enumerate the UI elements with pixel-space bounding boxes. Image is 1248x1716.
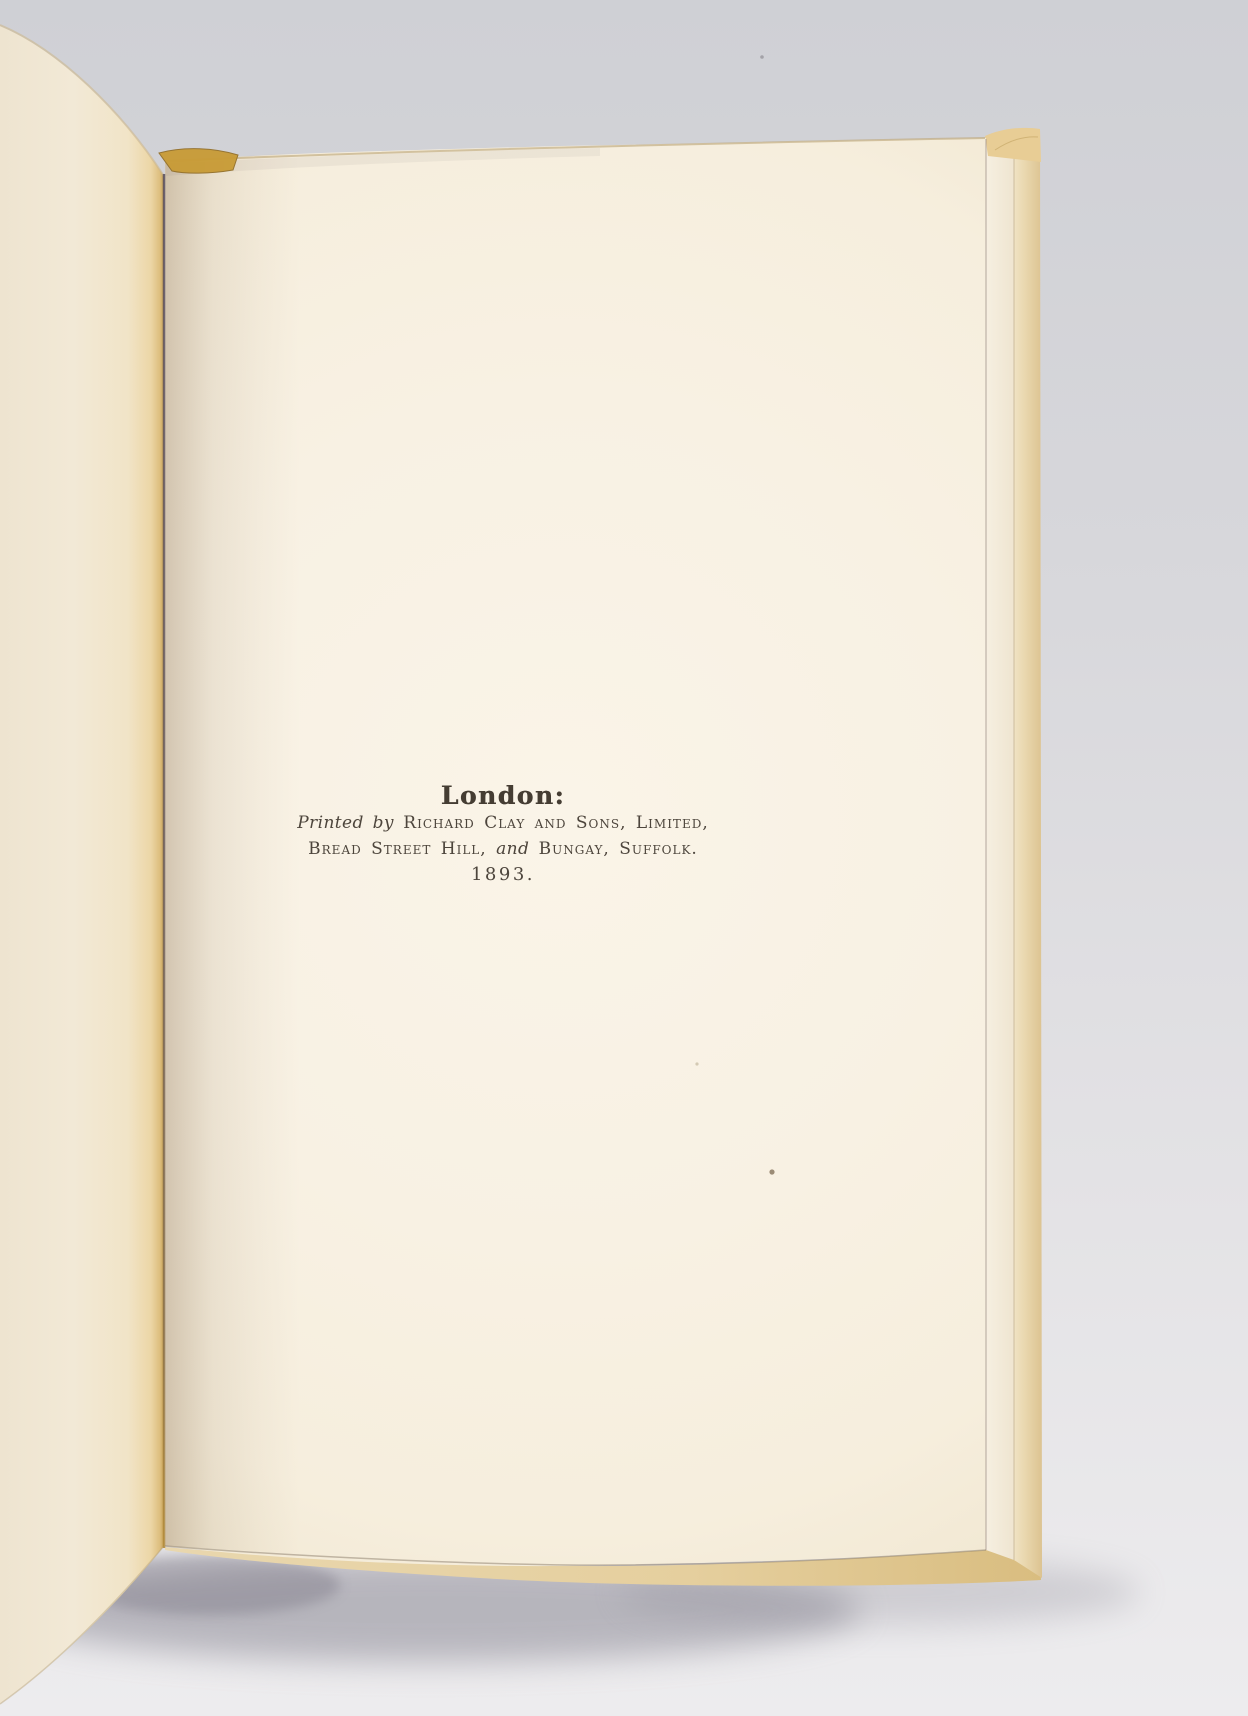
gilt-chip bbox=[159, 149, 238, 173]
imprint-address-2: Bungay, Suffolk. bbox=[539, 839, 698, 859]
left-page bbox=[0, 26, 164, 1704]
fore-edge-inner bbox=[986, 133, 1014, 1560]
photo-backdrop: London: Printed by Richard Clay and Sons… bbox=[0, 0, 1248, 1716]
faint-speck bbox=[695, 1062, 698, 1065]
imprint-conjunction: and bbox=[496, 839, 529, 859]
imprint-printed-by: Printed by bbox=[297, 813, 394, 833]
imprint-city: London: bbox=[165, 781, 841, 810]
fore-edge-outer bbox=[1014, 130, 1042, 1578]
foxing-speck bbox=[769, 1169, 774, 1174]
dust-speck bbox=[760, 55, 764, 59]
imprint-line-1: Printed by Richard Clay and Sons, Limite… bbox=[165, 810, 841, 836]
imprint-line-2: Bread Street Hill, and Bungay, Suffolk. bbox=[165, 836, 841, 862]
imprint-year: 1893. bbox=[165, 862, 841, 888]
imprint-address-1: Bread Street Hill, bbox=[308, 839, 487, 859]
printer-imprint: London: Printed by Richard Clay and Sons… bbox=[165, 781, 841, 888]
imprint-printer-name: Richard Clay and Sons, Limited, bbox=[403, 813, 708, 833]
